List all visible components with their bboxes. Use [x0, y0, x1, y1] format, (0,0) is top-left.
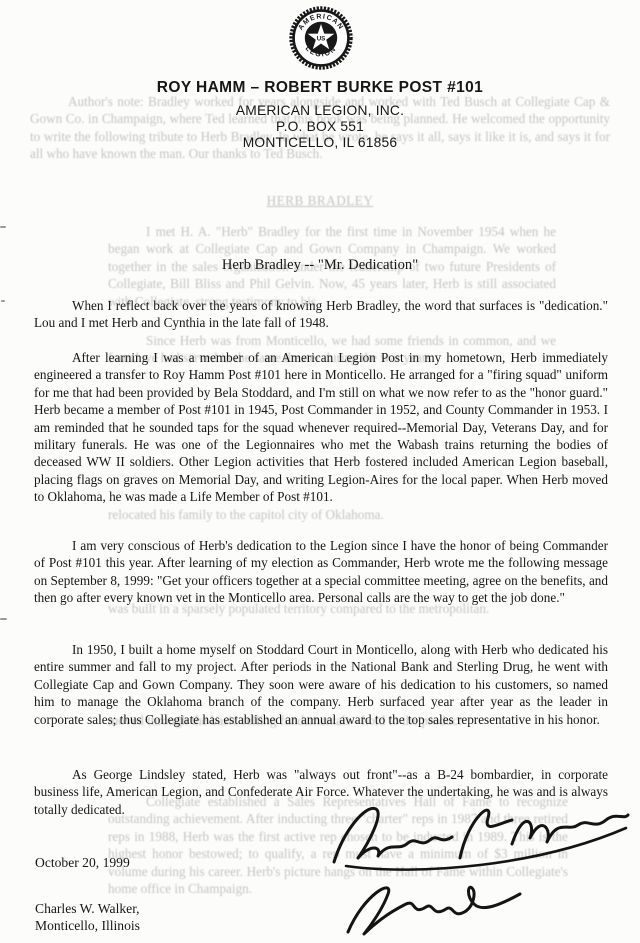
letter-paragraph-1: When I reflect back over the years of kn… — [34, 297, 608, 332]
american-legion-emblem-icon: US AMERICAN LEGION — [289, 6, 353, 70]
letterhead-organization: AMERICAN LEGION, INC. — [0, 103, 640, 118]
signature-chuck — [342, 876, 527, 940]
scan-artifact — [0, 618, 7, 620]
letter-paragraph-3: I am very conscious of Herb's dedication… — [34, 537, 608, 607]
bleedthrough-heading: HERB BRADLEY — [0, 192, 640, 209]
letter-paragraph-2: After learning I was a member of an Amer… — [34, 349, 608, 506]
letterhead-city-state-zip: MONTICELLO, IL 61856 — [0, 135, 640, 150]
signature-charles-d-walker — [328, 796, 634, 878]
scanned-letter-page: Author's note: Bradley worked for years … — [0, 0, 640, 943]
letterhead-po-box: P.O. BOX 551 — [0, 119, 640, 134]
signer-name: Charles W. Walker, — [35, 901, 140, 917]
scan-artifact — [0, 226, 6, 228]
emblem-center-text: US — [317, 35, 326, 42]
bleedthrough-line: relocated his family to the capitol city… — [108, 506, 556, 523]
letter-date: October 20, 1999 — [35, 855, 130, 871]
letter-paragraph-4: In 1950, I built a home myself on Stodda… — [34, 641, 608, 728]
letterhead-post-name: ROY HAMM – ROBERT BURKE POST #101 — [0, 79, 640, 97]
signer-location: Monticello, Illinois — [35, 918, 140, 934]
letter-title: Herb Bradley -- "Mr. Dedication" — [0, 257, 640, 274]
scan-artifact — [1, 300, 5, 302]
